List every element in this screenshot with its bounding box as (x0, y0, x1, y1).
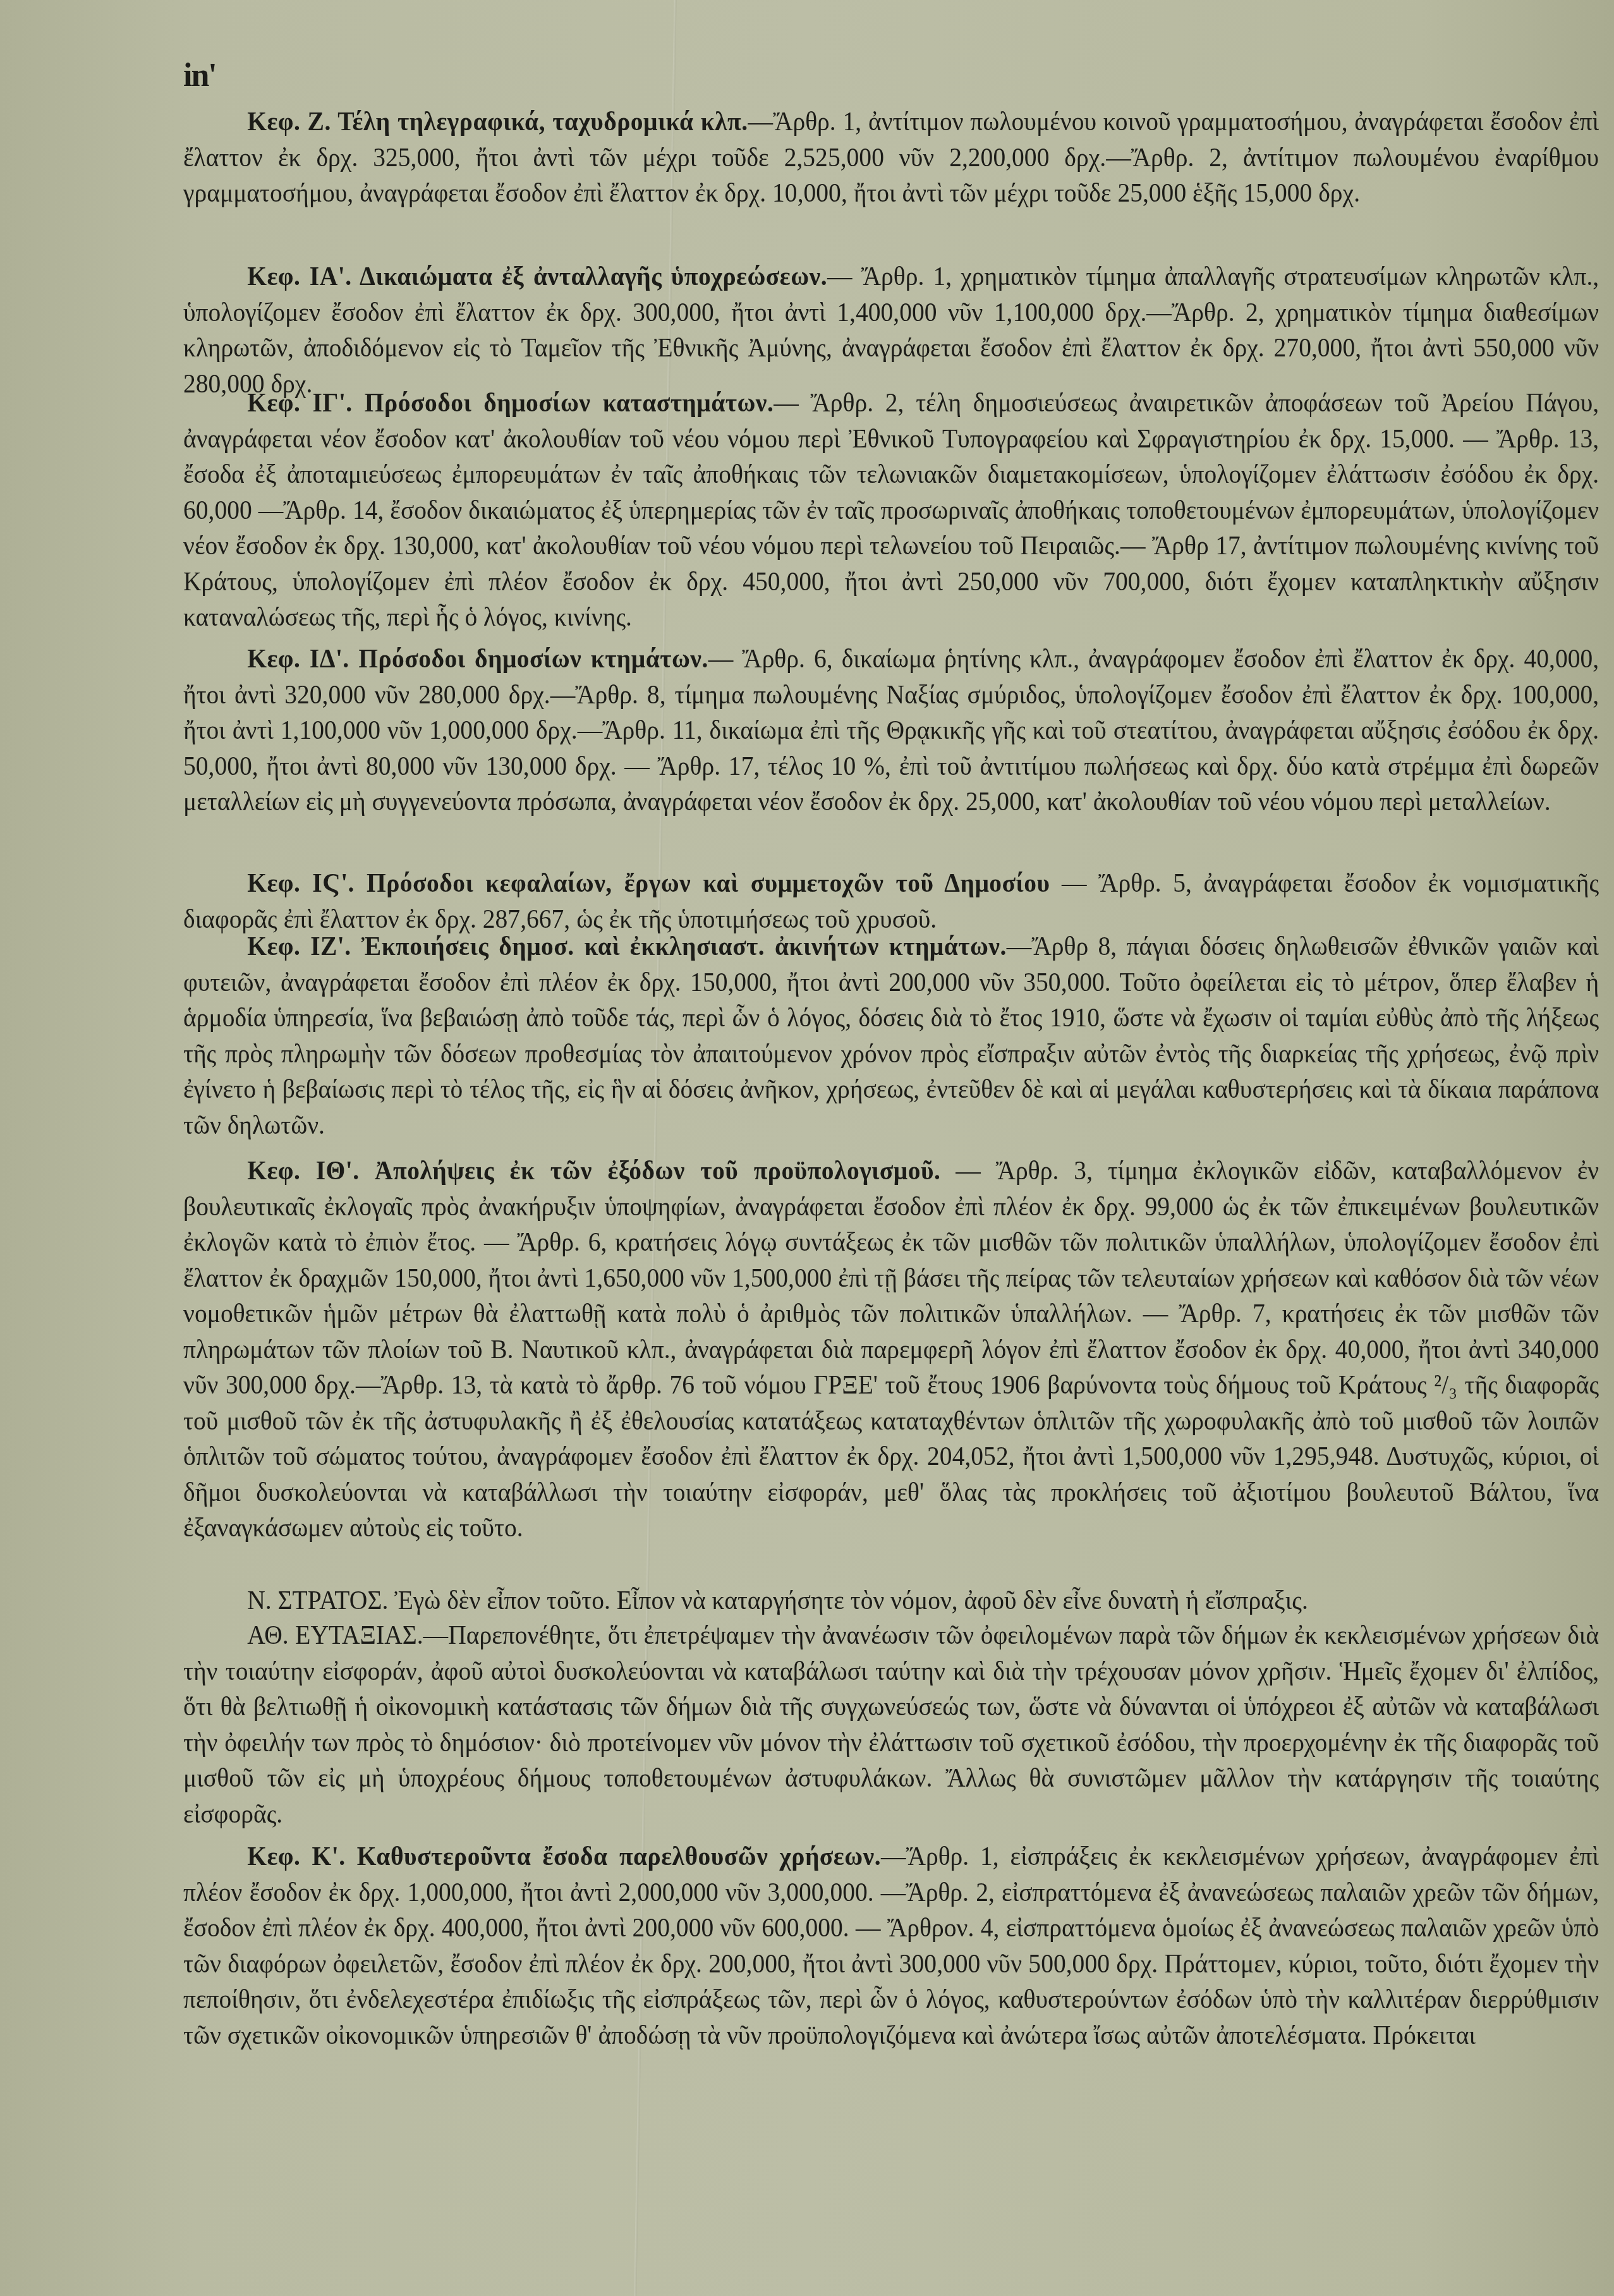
section-heading: Κεφ. ΙΑ'. Δικαιώματα ἐξ ἀνταλλαγῆς ὑποχρ… (247, 262, 827, 291)
section-kef-is: Κεφ. ΙϚ'. Πρόσοδοι κεφαλαίων, ἔργων καὶ … (183, 866, 1614, 937)
speaker-name: Ν. ΣΤΡΑΤΟΣ. (247, 1586, 388, 1615)
section-kef-id: Κεφ. ΙΔ'. Πρόσοδοι δημοσίων κτημάτων.— Ἄ… (183, 641, 1614, 820)
section-heading: Κεφ. ΙϚ'. Πρόσοδοι κεφαλαίων, ἔργων καὶ … (247, 868, 1050, 898)
section-body: —Ἄρθρ 8, πάγιαι δόσεις δηλωθεισῶν ἐθνικῶ… (183, 932, 1599, 1140)
paragraph: Κεφ. ΙΓ'. Πρόσοδοι δημοσίων καταστημάτων… (183, 386, 1599, 636)
section-heading: Κεφ. ΙΖ'. Ἐκποιήσεις δημοσ. καὶ ἐκκλησια… (247, 932, 1007, 961)
speech-eftaxias: ΑΘ. ΕΥΤΑΞΙΑΣ.—Παρεπονέθητε, ὅτι ἐπετρέψα… (183, 1618, 1614, 1832)
paragraph: Ν. ΣΤΡΑΤΟΣ. Ἐγὼ δὲν εἶπον τοῦτο. Εἶπον ν… (183, 1583, 1599, 1619)
section-kef-ia: Κεφ. ΙΑ'. Δικαιώματα ἐξ ἀνταλλαγῆς ὑποχρ… (183, 259, 1614, 402)
section-kef-iz: Κεφ. ΙΖ'. Ἐκποιήσεις δημοσ. καὶ ἐκκλησια… (183, 929, 1614, 1143)
section-kef-ig: Κεφ. ΙΓ'. Πρόσοδοι δημοσίων καταστημάτων… (183, 386, 1614, 636)
section-heading: Κεφ. ΙΔ'. Πρόσοδοι δημοσίων κτημάτων. (247, 644, 708, 674)
paragraph: Κεφ. ΙΑ'. Δικαιώματα ἐξ ἀνταλλαγῆς ὑποχρ… (183, 259, 1599, 402)
section-heading: Κεφ. Κ'. Καθυστεροῦντα ἔσοδα παρελθουσῶν… (247, 1842, 881, 1871)
speech-body: Ἐγὼ δὲν εἶπον τοῦτο. Εἶπον νὰ καταργήσητ… (388, 1586, 1308, 1615)
paragraph: Κεφ. ΙΔ'. Πρόσοδοι δημοσίων κτημάτων.— Ἄ… (183, 641, 1599, 820)
section-heading: Κεφ. ΙΓ'. Πρόσοδοι δημοσίων καταστημάτων… (247, 388, 774, 418)
section-kef-z: Κεφ. Ζ. Τέλη τηλεγραφικά, ταχυδρομικά κλ… (183, 104, 1614, 212)
paragraph: Κεφ. ΙϚ'. Πρόσοδοι κεφαλαίων, ἔργων καὶ … (183, 866, 1599, 937)
section-heading: Κεφ. Ζ. Τέλη τηλεγραφικά, ταχυδρομικά κλ… (247, 107, 748, 137)
paragraph: ΑΘ. ΕΥΤΑΞΙΑΣ.—Παρεπονέθητε, ὅτι ἐπετρέψα… (183, 1618, 1599, 1832)
section-kef-k: Κεφ. Κ'. Καθυστεροῦντα ἔσοδα παρελθουσῶν… (183, 1839, 1614, 2053)
section-body: — Ἄρθρ. 3, τίμημα ἐκλογικῶν εἰδῶν, καταβ… (183, 1156, 1599, 1543)
section-kef-ith: Κεφ. ΙΘ'. Ἀπολήψεις ἐκ τῶν ἐξόδων τοῦ πρ… (183, 1153, 1614, 1546)
speaker-name: ΑΘ. ΕΥΤΑΞΙΑΣ. (247, 1620, 423, 1650)
paragraph: Κεφ. Κ'. Καθυστεροῦντα ἔσοδα παρελθουσῶν… (183, 1839, 1599, 2053)
speech-stratos: Ν. ΣΤΡΑΤΟΣ. Ἐγὼ δὲν εἶπον τοῦτο. Εἶπον ν… (183, 1583, 1614, 1619)
speech-body: —Παρεπονέθητε, ὅτι ἐπετρέψαμεν τὴν ἀνανέ… (183, 1620, 1599, 1829)
paragraph: Κεφ. ΙΖ'. Ἐκποιήσεις δημοσ. καὶ ἐκκλησια… (183, 929, 1599, 1143)
section-body: — Ἄρθρ. 2, τέλη δημοσιεύσεως ἀναιρετικῶν… (183, 388, 1599, 632)
page-number-mark: in' (183, 57, 216, 94)
section-heading: Κεφ. ΙΘ'. Ἀπολήψεις ἐκ τῶν ἐξόδων τοῦ πρ… (247, 1156, 940, 1186)
section-body: —Ἄρθρ. 1, εἰσπράξεις ἐκ κεκλεισμένων χρή… (183, 1842, 1599, 2050)
paragraph: Κεφ. ΙΘ'. Ἀπολήψεις ἐκ τῶν ἐξόδων τοῦ πρ… (183, 1153, 1599, 1546)
paragraph: Κεφ. Ζ. Τέλη τηλεγραφικά, ταχυδρομικά κλ… (183, 104, 1599, 212)
